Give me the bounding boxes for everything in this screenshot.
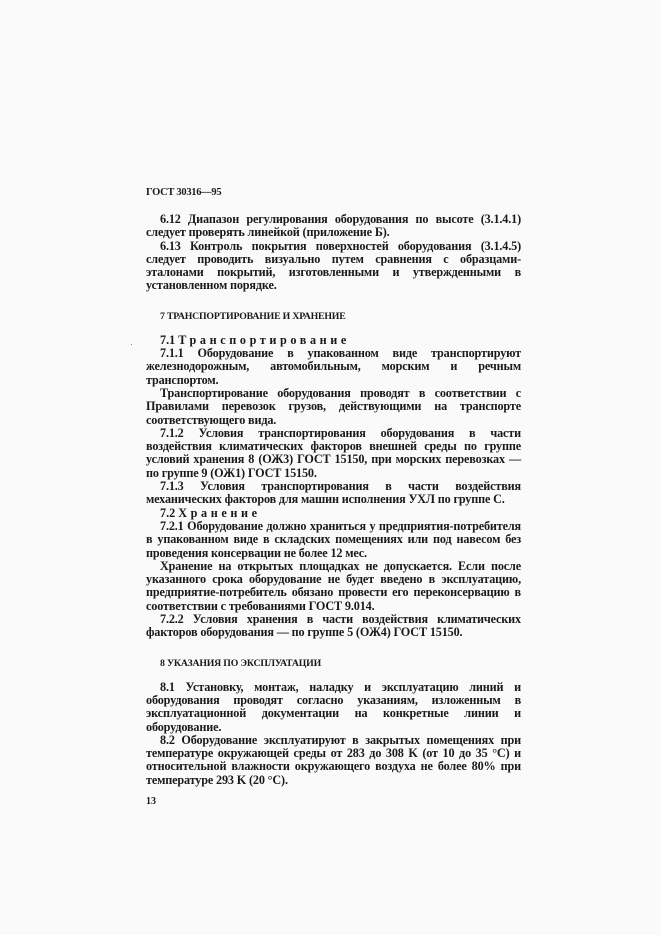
subsection-number: 7.2	[160, 506, 175, 520]
section-heading-7: 7 ТРАНСПОРТИРОВАНИЕ И ХРАНЕНИЕ	[160, 310, 521, 323]
paragraph-7-1-2: 7.1.2 Условия транспортирования оборудов…	[146, 427, 521, 480]
paragraph-7-2-1-continued: Хранение на открытых площадках не допуск…	[146, 560, 521, 613]
subsection-heading-7-1: 7.1 Транспортирование	[146, 334, 521, 347]
subsection-heading-7-2: 7.2 Хранение	[146, 507, 521, 520]
document-page: ГОСТ 30316—95 6.12 Диапазон регулировани…	[146, 186, 521, 808]
paragraph-6-12: 6.12 Диапазон регулирования оборудования…	[146, 213, 521, 240]
page-number: 13	[146, 795, 521, 808]
section-heading-8: 8 УКАЗАНИЯ ПО ЭКСПЛУАТАЦИИ	[160, 657, 521, 670]
paragraph-8-2: 8.2 Оборудование эксплуатируют в закрыты…	[146, 734, 521, 787]
paragraph-6-13: 6.13 Контроль покрытия поверхностей обор…	[146, 240, 521, 293]
paragraph-7-1-1: 7.1.1 Оборудование в упакованном виде тр…	[146, 347, 521, 387]
paragraph-8-1: 8.1 Установку, монтаж, наладку и эксплуа…	[146, 681, 521, 734]
paragraph-7-1-1-continued: Транспортирование оборудования проводят …	[146, 387, 521, 427]
paragraph-7-1-3: 7.1.3 Условия транспортирования в части …	[146, 480, 521, 507]
subsection-title: Транспортирование	[178, 333, 350, 347]
subsection-number: 7.1	[160, 333, 175, 347]
subsection-title: Хранение	[178, 506, 260, 520]
paragraph-7-2-1: 7.2.1 Оборудование должно храниться у пр…	[146, 520, 521, 560]
paragraph-7-2-2: 7.2.2 Условия хранения в части воздейств…	[146, 613, 521, 640]
scan-artifact-dot	[131, 344, 132, 345]
document-code-header: ГОСТ 30316—95	[146, 186, 521, 199]
